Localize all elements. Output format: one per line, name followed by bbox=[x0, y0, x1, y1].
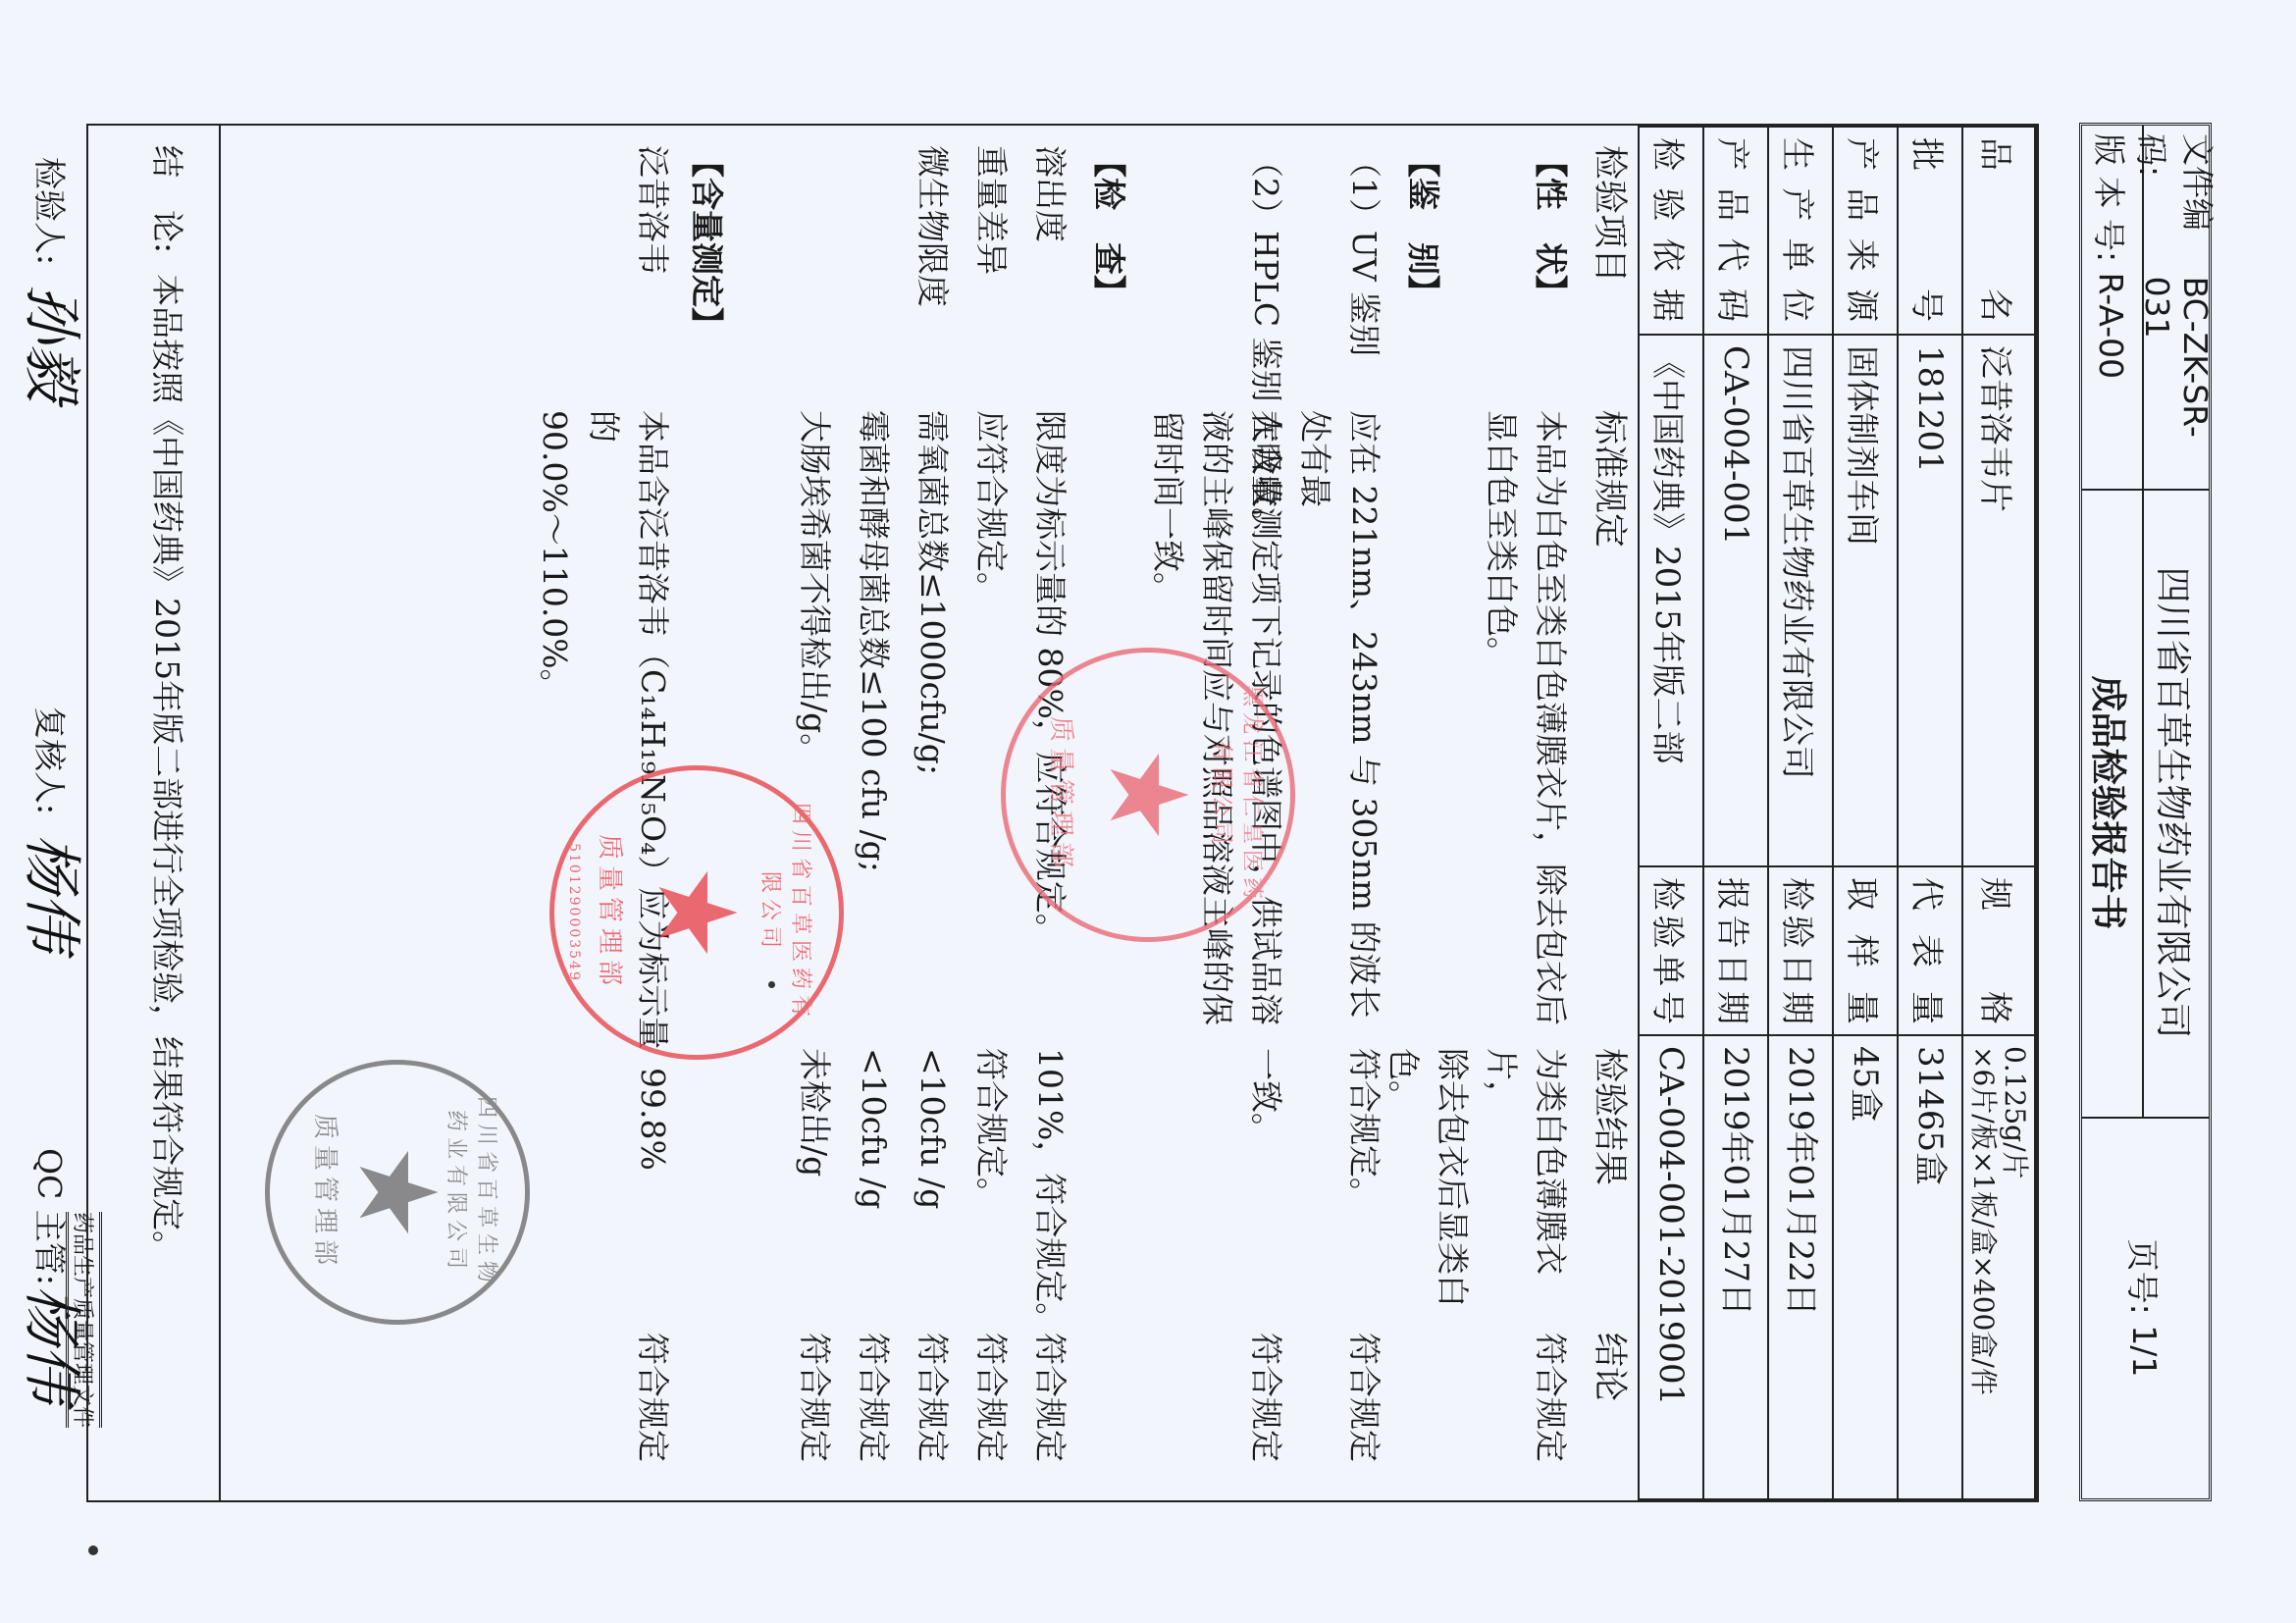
footer-label: 药品生产质量管理文件 bbox=[66, 1212, 102, 1428]
star-icon: ★ bbox=[643, 864, 751, 962]
doc-code: 文件编码: BC-ZK-SR-031 bbox=[2144, 133, 2209, 487]
info-value: CA-004-001-2019001 bbox=[1639, 1035, 1703, 1499]
info-value: 45盒 bbox=[1833, 1035, 1898, 1499]
assay-conclusion: 符合规定 bbox=[628, 1333, 677, 1462]
section-assay: 【含量测定】 bbox=[682, 145, 731, 340]
info-label: 报告日期 bbox=[1703, 866, 1768, 1035]
info-row: 生产单位四川省百草生物药业有限公司检验日期2019年01月22日 bbox=[1768, 127, 1833, 1499]
info-row: 产品来源固体制剂车间取 样 量45盒 bbox=[1833, 127, 1898, 1499]
appearance-standard: 本品为白色至类白色薄膜衣片，除去包衣后 显白色至类白色。 bbox=[1477, 410, 1575, 1038]
page-number: 页号: 1/1 bbox=[2081, 1117, 2209, 1499]
check-standard: 应符合规定。 bbox=[966, 410, 1016, 604]
info-value: 31465盒 bbox=[1898, 1035, 1962, 1499]
report-page: 文件编码: BC-ZK-SR-031 版 本 号: R-A-00 四川省百草生物… bbox=[0, 0, 2296, 1623]
stamp-code: 5101290003549 bbox=[566, 843, 582, 982]
info-label: 品 名 bbox=[1962, 127, 2035, 335]
star-icon: ★ bbox=[343, 1144, 451, 1241]
info-value: 0.125g/片 ×6片/板×1板/盒×400盒/件 bbox=[1962, 1035, 2035, 1499]
info-label: 产品代码 bbox=[1703, 127, 1768, 335]
info-row: 品 名泛昔洛韦片规 格0.125g/片 ×6片/板×1板/盒×400盒/件 bbox=[1962, 127, 2035, 1499]
info-label: 检验日期 bbox=[1768, 866, 1833, 1035]
final-conclusion: 结 论: 本品按照《中国药典》2015年版二部进行全项检验，结果符合规定。 bbox=[142, 145, 191, 1263]
company-stamp-red: ★ 四川省百草医药有限公司质量管理部5101290003549 bbox=[549, 765, 844, 1060]
check-result: 101%，符合规定。 bbox=[1025, 1048, 1074, 1335]
uv-result: 符合规定。 bbox=[1339, 1048, 1388, 1210]
info-label: 检验依据 bbox=[1639, 127, 1703, 335]
section-appearance: 【性 状】 bbox=[1526, 145, 1575, 307]
appearance-result: 为类白色薄膜衣片， 除去包衣后显类白 色。 bbox=[1379, 1048, 1575, 1323]
check-conclusion: 符合规定 bbox=[790, 1333, 839, 1462]
check-conclusion: 符合规定 bbox=[1025, 1333, 1074, 1462]
info-value: 《中国药典》2015年版二部 bbox=[1639, 335, 1703, 866]
check-result: 符合规定。 bbox=[966, 1048, 1016, 1210]
info-row: 产品代码CA-004-001报告日期2019年01月27日 bbox=[1703, 127, 1768, 1499]
distributor-stamp-pink: ★ 黑龙江省仁皇医药有限公司质量管理部 bbox=[1001, 648, 1295, 942]
reviewer-label: 复核人: bbox=[25, 707, 74, 814]
info-label: 取 样 量 bbox=[1833, 866, 1898, 1035]
check-standard: 需氧菌总数≤1000cfu/g; bbox=[908, 410, 957, 775]
info-row: 检验依据《中国药典》2015年版二部检验单号CA-004-001-2019001 bbox=[1639, 127, 1703, 1499]
info-label: 代 表 量 bbox=[1898, 866, 1962, 1035]
check-item: 微生物限度 bbox=[908, 145, 957, 307]
check-standard: 霉菌和酵母菌总数≤100 cfu /g; bbox=[849, 410, 898, 872]
assay-item: 泛昔洛韦 bbox=[628, 145, 677, 275]
check-conclusion: 符合规定 bbox=[908, 1333, 957, 1462]
uv-conclusion: 符合规定 bbox=[1339, 1333, 1388, 1462]
info-value: 181201 bbox=[1898, 335, 1962, 866]
stamp-subtext: 质量管理部 bbox=[594, 834, 630, 991]
inspector-signature: 孙毅 bbox=[14, 285, 98, 402]
info-row: 批 号181201代 表 量31465盒 bbox=[1898, 127, 1962, 1499]
report-title: 成品检验报告书 bbox=[2079, 489, 2144, 1117]
product-info-table: 品 名泛昔洛韦片规 格0.125g/片 ×6片/板×1板/盒×400盒/件批 号… bbox=[1638, 126, 2036, 1500]
stamp-subtext: 质量管理部 bbox=[1045, 716, 1081, 873]
document-header: 文件编码: BC-ZK-SR-031 版 本 号: R-A-00 四川省百草生物… bbox=[2079, 123, 2212, 1501]
stamp-subtext: 质量管理部 bbox=[309, 1114, 345, 1271]
reviewer-signature: 杨伟 bbox=[14, 834, 98, 952]
hplc-conclusion: 符合规定 bbox=[1241, 1333, 1290, 1462]
col-conclusion: 结论 bbox=[1585, 1333, 1634, 1401]
check-result: 未检出/g bbox=[790, 1048, 839, 1177]
check-conclusion: 符合规定 bbox=[849, 1333, 898, 1462]
check-conclusion: 符合规定 bbox=[966, 1333, 1016, 1462]
check-item: 重量差异 bbox=[966, 145, 1016, 275]
info-value: 2019年01月27日 bbox=[1703, 1035, 1768, 1499]
uv-item: （1）UV 鉴别 bbox=[1339, 145, 1388, 356]
col-standard: 标准规定 bbox=[1585, 410, 1634, 548]
inspector-label: 检验人: bbox=[25, 157, 74, 265]
section-checks: 【检 查】 bbox=[1084, 145, 1133, 307]
check-item: 溶出度 bbox=[1025, 145, 1074, 242]
assay-result: 99.8% bbox=[628, 1068, 677, 1171]
stamp-text: 黑龙江省仁皇医药有限公司 bbox=[1208, 681, 1269, 909]
section-identification: 【鉴 别】 bbox=[1398, 145, 1447, 307]
info-label: 批 号 bbox=[1898, 127, 1962, 335]
version: 版 本 号: R-A-00 bbox=[2079, 133, 2144, 487]
col-item: 检验项目 bbox=[1585, 145, 1634, 283]
info-value: 2019年01月22日 bbox=[1768, 1035, 1833, 1499]
stamp-text: 四川省百草生物药业有限公司 bbox=[443, 1090, 503, 1294]
company-name: 四川省百草生物药业有限公司 bbox=[2144, 489, 2209, 1117]
info-label: 检验单号 bbox=[1639, 866, 1703, 1035]
check-standard: 大肠埃希菌不得检出/g。 bbox=[790, 410, 839, 765]
qa-stamp-gray: ★ 四川省百草生物药业有限公司质量管理部 bbox=[265, 1060, 530, 1325]
info-value: 四川省百草生物药业有限公司 bbox=[1768, 335, 1833, 866]
info-value: CA-004-001 bbox=[1703, 335, 1768, 866]
star-icon: ★ bbox=[1094, 747, 1202, 844]
info-label: 生产单位 bbox=[1768, 127, 1833, 335]
info-value: 固体制剂车间 bbox=[1833, 335, 1898, 866]
col-result: 检验结果 bbox=[1585, 1048, 1634, 1185]
appearance-conclusion: 符合规定 bbox=[1526, 1333, 1575, 1462]
hplc-result: 一致。 bbox=[1241, 1048, 1290, 1145]
info-label: 产品来源 bbox=[1833, 127, 1898, 335]
info-value: 泛昔洛韦片 bbox=[1962, 335, 2035, 866]
stamp-text: 四川省百草医药有限公司 bbox=[757, 799, 817, 1026]
info-label: 规 格 bbox=[1962, 866, 2035, 1035]
check-result: <10cfu /g bbox=[849, 1048, 898, 1209]
hplc-item: （2）HPLC 鉴别 bbox=[1241, 145, 1290, 402]
check-result: <10cfu /g bbox=[908, 1048, 957, 1209]
